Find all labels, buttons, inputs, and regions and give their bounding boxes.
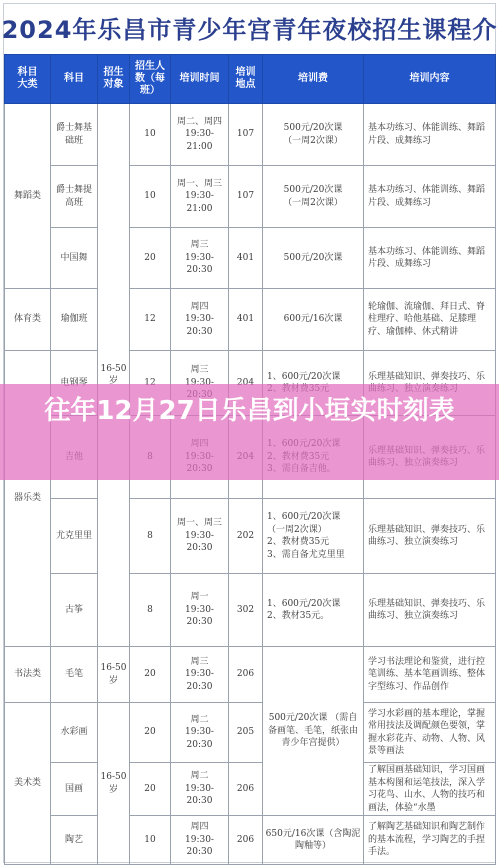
time-cell: 周四 19:30- 20:30	[171, 816, 229, 865]
content-cell: 基本功练习、体能训练、舞蹈片段、成舞练习	[364, 104, 496, 166]
time-cell: 周三 19:30- 20:30	[171, 647, 229, 703]
fee-cell: 500元/20次课 （一周2次课）	[263, 166, 364, 228]
count-cell: 10	[130, 166, 171, 228]
document-title: 2024年乐昌市青少年宫青年夜校招生课程介绍	[0, 10, 499, 50]
table-row: 古筝 8 周一 19:30- 20:30 302 1、600元/20次课 2、教…	[5, 574, 496, 647]
content-cell: 学习书法理论和鉴赏，进行控笔训练、基本笔画训练、整体字型练习、作品创作	[364, 647, 496, 703]
header-category: 科目 大类	[5, 55, 51, 104]
time-cell: 周四 19:30- 20:30	[171, 289, 229, 351]
count-cell: 20	[130, 763, 171, 816]
subject-cell: 国画	[51, 763, 98, 816]
table-row: 爵士舞提 高班 10 周一、周三 19:30- 21:00 107 500元/2…	[5, 166, 496, 228]
content-cell: 基本功练习、体能训练、舞蹈片段、成舞练习	[364, 228, 496, 289]
table-row: 体育类 瑜伽班 12 周四 19:30- 20:30 401 600元/16次课…	[5, 289, 496, 351]
room-cell: 202	[229, 499, 263, 574]
content-cell: 乐理基础知识、弹奏技巧、乐曲练习、独立演奏练习	[364, 499, 496, 574]
room-cell: 401	[229, 289, 263, 351]
subject-cell: 水彩画	[51, 703, 98, 763]
table-row: 舞蹈类 爵士舞基 础班 16-50 岁 10 周二、周四 19:30- 21:0…	[5, 104, 496, 166]
fee-cell: 600元/16次课	[263, 289, 364, 351]
fee-cell: 500元/20次课 （一周2次课）	[263, 104, 364, 166]
count-cell: 12	[130, 289, 171, 351]
room-cell: 206	[229, 763, 263, 816]
time-cell: 周一、周三 19:30- 20:30	[171, 499, 229, 574]
content-cell: 了解陶艺基础知识和陶艺制作的基本流程，学习陶艺的手捏手法。	[364, 816, 496, 865]
content-cell: 乐理基础知识、弹奏技巧、乐曲练习、独立演奏练习	[364, 574, 496, 647]
time-cell: 周二、周四 19:30- 21:00	[171, 104, 229, 166]
audience-cell: 16-50 岁	[98, 647, 130, 703]
fee-cell: 500元/20次课	[263, 228, 364, 289]
table-row: 陶艺 10 周四 19:30- 20:30 206 650元/16次课（含陶泥陶…	[5, 816, 496, 865]
room-cell: 401	[229, 228, 263, 289]
category-cell: 体育类	[5, 289, 51, 351]
time-cell: 周二 19:30- 20:30	[171, 703, 229, 763]
fee-cell: 1、600元/20次课 （一周2次课） 2、教材费35元 3、需自备尤克里里	[263, 499, 364, 574]
subject-cell: 中国舞	[51, 228, 98, 289]
header-content: 培训内容	[364, 55, 496, 104]
content-cell: 基本功练习、体能训练、舞蹈片段、成舞练习	[364, 166, 496, 228]
time-cell: 周一 19:30- 20:30	[171, 574, 229, 647]
count-cell: 20	[130, 647, 171, 703]
table-row: 中国舞 20 周三 19:30- 20:30 401 500元/20次课 基本功…	[5, 228, 496, 289]
header-subject: 科目	[51, 55, 98, 104]
time-cell: 周二 19:30- 20:30	[171, 763, 229, 816]
time-cell: 周三 19:30- 20:30	[171, 228, 229, 289]
count-cell: 8	[130, 499, 171, 574]
count-cell: 8	[130, 574, 171, 647]
header-fee: 培训费	[263, 55, 364, 104]
subject-cell: 毛笔	[51, 647, 98, 703]
audience-cell: 16-50 岁	[98, 104, 130, 647]
count-cell: 10	[130, 816, 171, 865]
headline-overlay-text: 往年12月27日乐昌到小垣实时刻表	[0, 392, 499, 430]
category-cell: 舞蹈类	[5, 104, 51, 289]
subject-cell: 陶艺	[51, 816, 98, 865]
content-cell: 学习水彩画的基本理论，掌握常用技法及调配颜色要领，掌握水彩花卉、动物、人物、风景…	[364, 703, 496, 763]
room-cell: 205	[229, 703, 263, 763]
count-cell: 10	[130, 104, 171, 166]
header-location: 培训 地点	[229, 55, 263, 104]
subject-cell: 爵士舞基 础班	[51, 104, 98, 166]
category-cell: 书法类	[5, 647, 51, 703]
header-count: 招生人 数（每 班）	[130, 55, 171, 104]
header-time: 培训时间	[171, 55, 229, 104]
fee-cell-shared: 500元/20次课 （需自备画笔、毛笔，纸张由青少年宫提供）	[263, 647, 364, 816]
audience-cell: 16-50 岁	[98, 703, 130, 865]
fee-cell: 650元/16次课（含陶泥陶釉等）	[263, 816, 364, 865]
header-audience: 招生 对象	[98, 55, 130, 104]
content-cell: 了解国画基础知识，学习国画基本构图和运笔技法，深入学习花鸟、山水、人物的技巧和画…	[364, 763, 496, 816]
table-header-row: 科目 大类 科目 招生 对象 招生人 数（每 班） 培训时间 培训 地点 培训费…	[5, 55, 496, 104]
subject-cell: 瑜伽班	[51, 289, 98, 351]
room-cell: 206	[229, 816, 263, 865]
room-cell: 206	[229, 647, 263, 703]
subject-cell: 古筝	[51, 574, 98, 647]
count-cell: 20	[130, 703, 171, 763]
table-row: 国画 20 周二 19:30- 20:30 206 了解国画基础知识，学习国画基…	[5, 763, 496, 816]
fee-cell: 1、600元/20次课 2、教材35元。	[263, 574, 364, 647]
subject-cell: 尤克里里	[51, 499, 98, 574]
subject-cell: 爵士舞提 高班	[51, 166, 98, 228]
count-cell: 20	[130, 228, 171, 289]
room-cell: 107	[229, 104, 263, 166]
content-cell: 轮瑜伽、流瑜伽、拜日式、脊柱理疗、哈他基础、足膝理疗、瑜伽棒、休式精讲	[364, 289, 496, 351]
room-cell: 107	[229, 166, 263, 228]
time-cell: 周一、周三 19:30- 21:00	[171, 166, 229, 228]
table-row: 美术类 水彩画 16-50 岁 20 周二 19:30- 20:30 205 学…	[5, 703, 496, 763]
category-cell: 美术类	[5, 703, 51, 865]
table-row: 尤克里里 8 周一、周三 19:30- 20:30 202 1、600元/20次…	[5, 499, 496, 574]
table-row: 书法类 毛笔 16-50 岁 20 周三 19:30- 20:30 206 50…	[5, 647, 496, 703]
room-cell: 302	[229, 574, 263, 647]
